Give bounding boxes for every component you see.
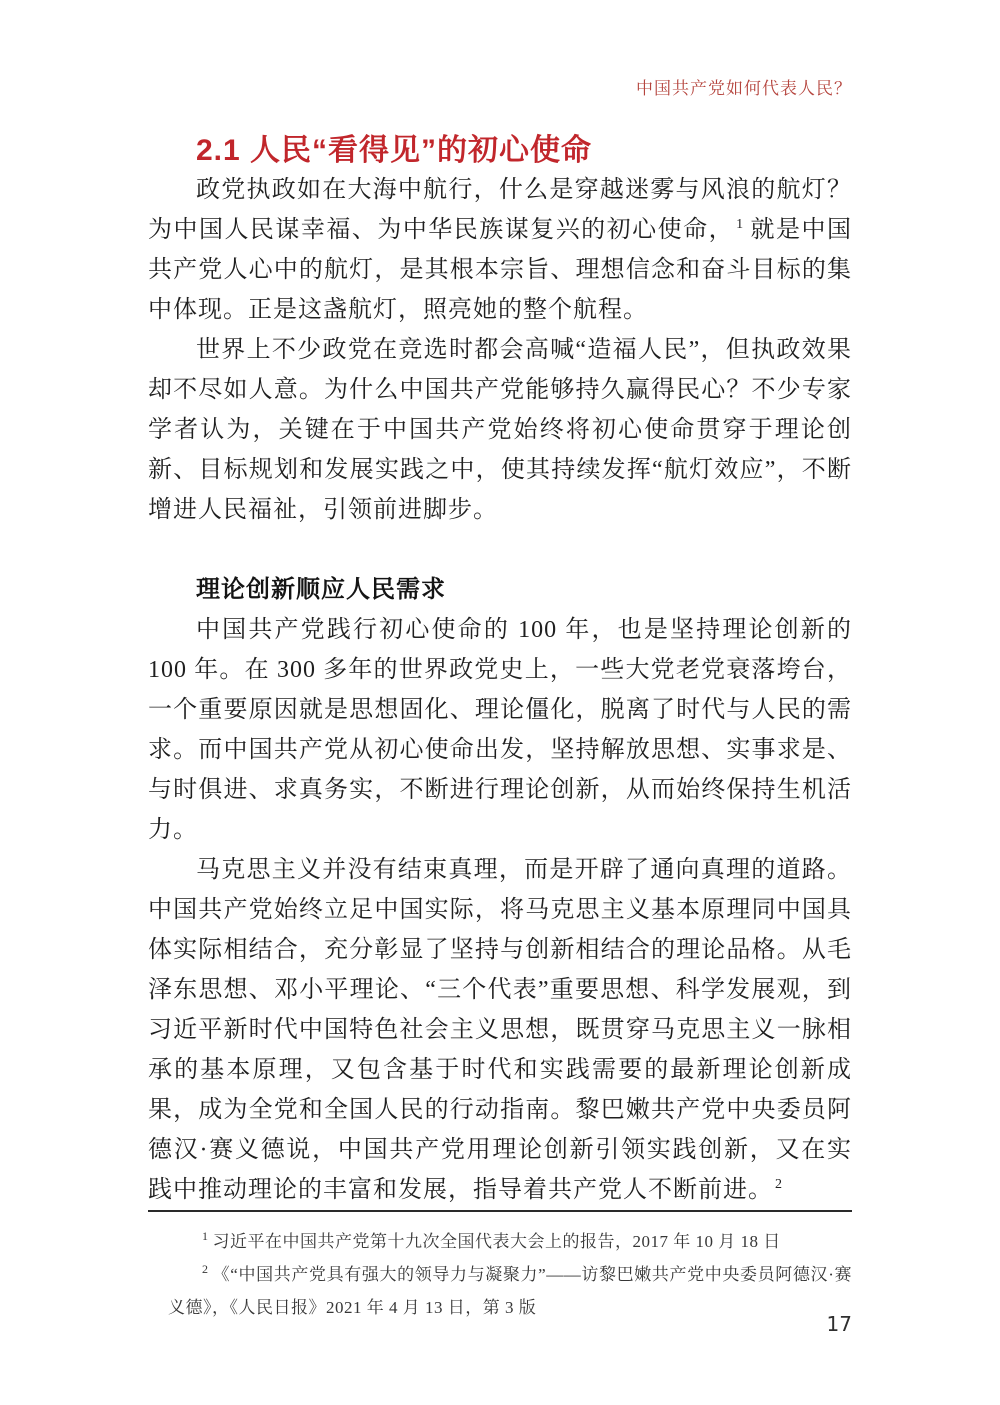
footnote-1-marker: 1	[202, 1229, 209, 1243]
page-number: 17	[148, 1312, 852, 1336]
paragraph-2: 世界上不少政党在竞选时都会高喊“造福人民”，但执政效果却不尽如人意。为什么中国共…	[148, 330, 852, 530]
section-title: 2.1 人民“看得见”的初心使命	[196, 130, 592, 172]
paragraph-4: 马克思主义并没有结束真理，而是开辟了通向真理的道路。中国共产党始终立足中国实际，…	[148, 850, 852, 1210]
paragraph-3: 中国共产党践行初心使命的 100 年，也是坚持理论创新的 100 年。在 300…	[148, 610, 852, 850]
footnotes-section: 1习近平在中国共产党第十九次全国代表大会上的报告，2017 年 10 月 18 …	[148, 1210, 852, 1324]
footnote-ref-1: 1	[736, 217, 744, 232]
running-header: 中国共产党如何代表人民？	[148, 74, 852, 99]
document-page: 中国共产党如何代表人民？ 2.1 人民“看得见”的初心使命 政党执政如在大海中航…	[0, 0, 1000, 1405]
paragraph-1: 政党执政如在大海中航行，什么是穿越迷雾与风浪的航灯？为中国人民谋幸福、为中华民族…	[148, 170, 852, 330]
footnote-ref-2: 2	[775, 1177, 783, 1192]
paragraph-4-text: 马克思主义并没有结束真理，而是开辟了通向真理的道路。中国共产党始终立足中国实际，…	[148, 857, 852, 1203]
footnote-2-marker: 2	[202, 1262, 209, 1276]
footnote-1-text: 习近平在中国共产党第十九次全国代表大会上的报告，2017 年 10 月 18 日	[213, 1232, 781, 1251]
footnote-1: 1习近平在中国共产党第十九次全国代表大会上的报告，2017 年 10 月 18 …	[148, 1225, 852, 1258]
body-text: 政党执政如在大海中航行，什么是穿越迷雾与风浪的航灯？为中国人民谋幸福、为中华民族…	[148, 170, 852, 1324]
subheading: 理论创新顺应人民需求	[148, 570, 852, 610]
footnote-2-text: 《“中国共产党具有强大的领导力与凝聚力”——访黎巴嫩共产党中央委员阿德汉·赛义德…	[168, 1265, 852, 1317]
paragraph-1-text: 政党执政如在大海中航行，什么是穿越迷雾与风浪的航灯？为中国人民谋幸福、为中华民族…	[148, 177, 852, 243]
